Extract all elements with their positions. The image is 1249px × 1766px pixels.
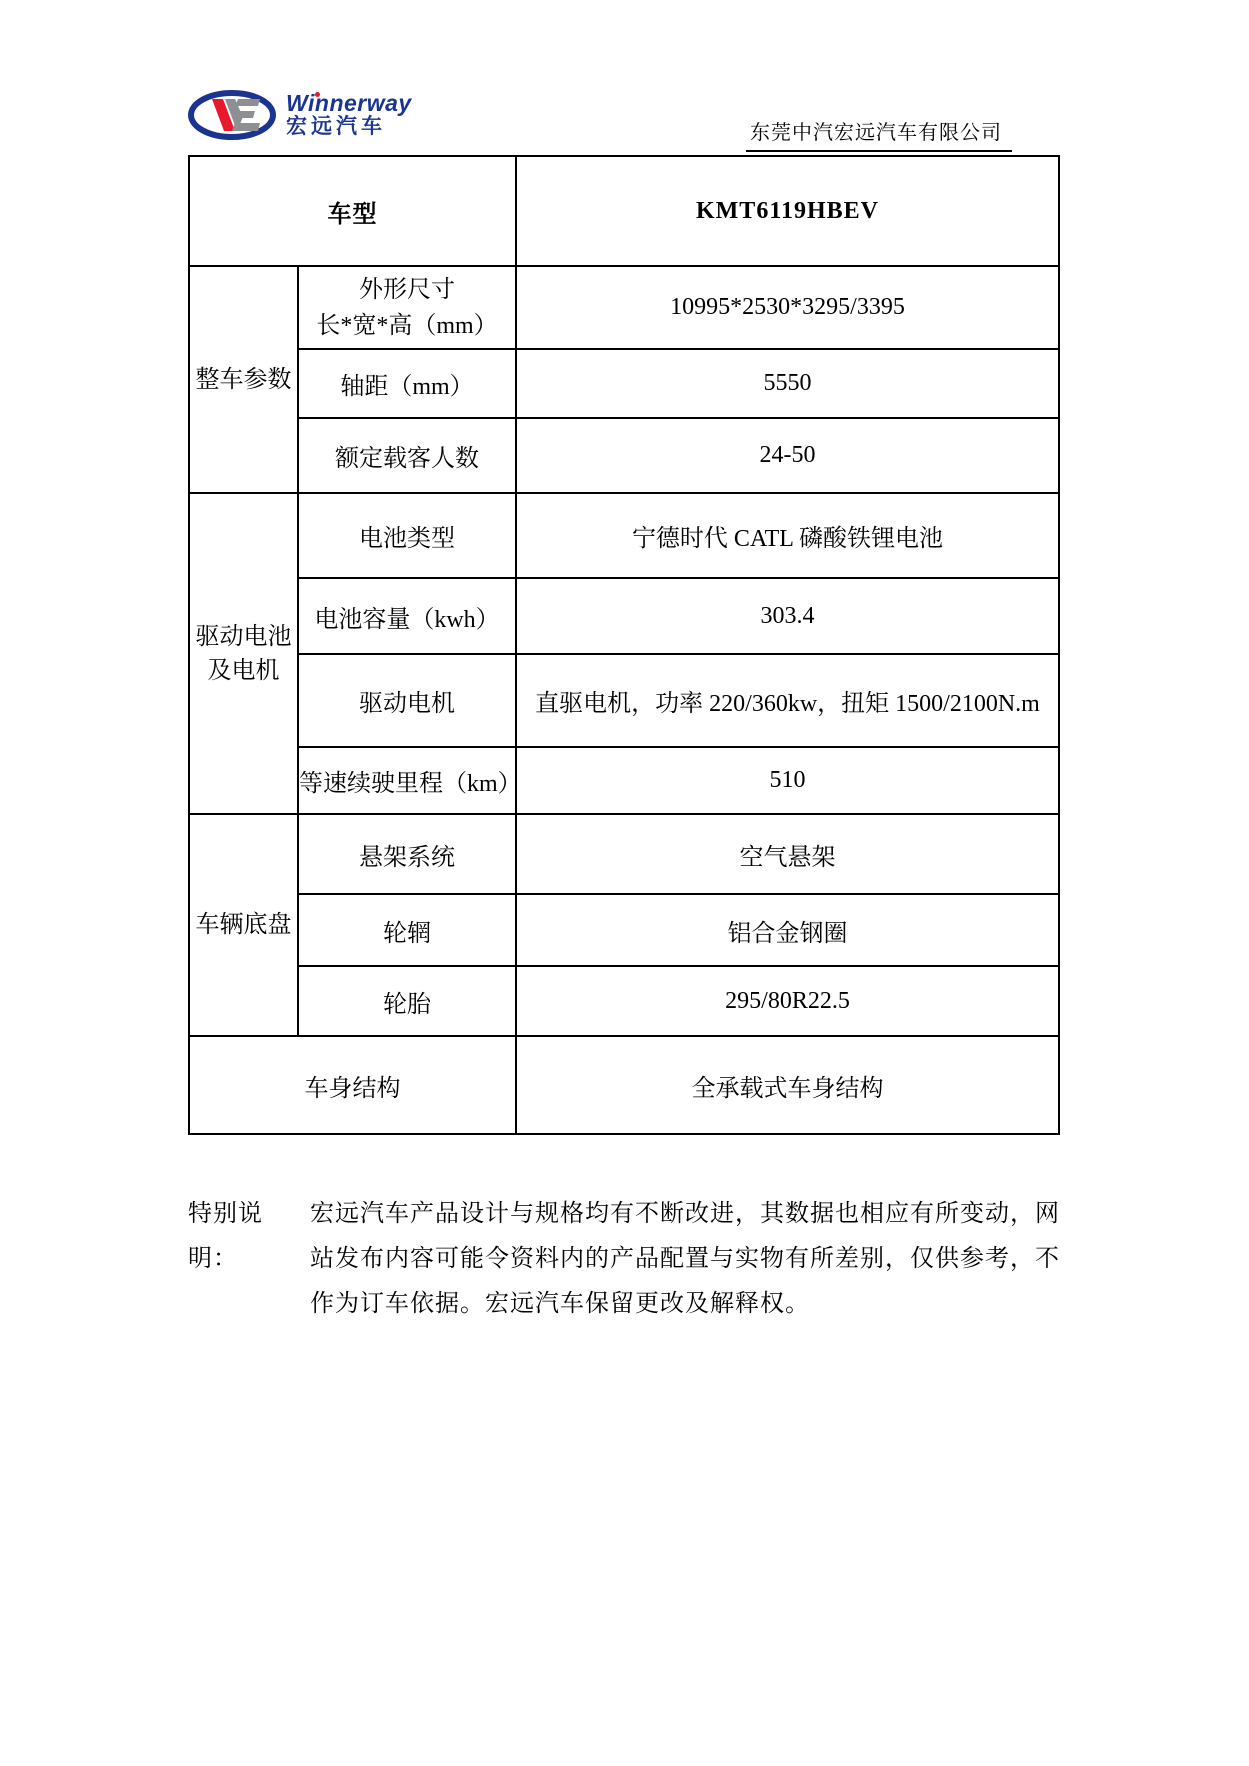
table-row: 驱动电池及电机 电池类型 宁德时代 CATL 磷酸铁锂电池 — [189, 493, 1059, 578]
disclaimer-body: 宏远汽车产品设计与规格均有不断改进，其数据也相应有所变动，网 站发布内容可能令资… — [310, 1192, 1108, 1327]
company-name: 东莞中汽宏远汽车有限公司 — [746, 116, 1012, 152]
spec-label-line1: 外形尺寸 — [299, 272, 515, 308]
page-header: Winnerway 宏远汽车 东莞中汽宏远汽车有限公司 — [188, 0, 1058, 155]
spec-label: 车身结构 — [189, 1036, 516, 1134]
table-row: 驱动电机 直驱电机，功率 220/360kw，扭矩 1500/2100N.m — [189, 654, 1059, 747]
group-label-vehicle-params: 整车参数 — [189, 266, 298, 493]
spec-value: 24-50 — [516, 418, 1059, 493]
spec-label: 等速续驶里程（km） — [298, 747, 516, 814]
spec-value: 295/80R22.5 — [516, 966, 1059, 1036]
disclaimer-line: 站发布内容可能令资料内的产品配置与实物有所差别，仅供参考，不 — [310, 1237, 1108, 1282]
table-row-body-structure: 车身结构 全承载式车身结构 — [189, 1036, 1059, 1134]
model-value: KMT6119HBEV — [516, 156, 1059, 266]
brand-logo: Winnerway 宏远汽车 — [188, 90, 412, 140]
spec-label: 额定载客人数 — [298, 418, 516, 493]
spec-label-line2: 长*宽*高（mm） — [299, 308, 515, 344]
spec-label: 轮胎 — [298, 966, 516, 1036]
spec-label: 轮辋 — [298, 894, 516, 966]
table-row: 额定载客人数 24-50 — [189, 418, 1059, 493]
table-row: 电池容量（kwh） 303.4 — [189, 578, 1059, 654]
spec-value: 全承载式车身结构 — [516, 1036, 1059, 1134]
spec-value: 宁德时代 CATL 磷酸铁锂电池 — [516, 493, 1059, 578]
spec-value: 10995*2530*3295/3395 — [516, 266, 1059, 349]
table-row: 整车参数 外形尺寸 长*宽*高（mm） 10995*2530*3295/3395 — [189, 266, 1059, 349]
spec-value: 直驱电机，功率 220/360kw，扭矩 1500/2100N.m — [516, 654, 1059, 747]
logo-i-dot-icon — [315, 92, 320, 97]
logo-brand-en: Winnerway — [286, 92, 412, 115]
spec-label: 电池类型 — [298, 493, 516, 578]
table-row: 轴距（mm） 5550 — [189, 349, 1059, 418]
logo-brand-cn: 宏远汽车 — [286, 115, 412, 139]
table-row: 等速续驶里程（km） 510 — [189, 747, 1059, 814]
spec-value: 5550 — [516, 349, 1059, 418]
table-row: 轮辋 铝合金钢圈 — [189, 894, 1059, 966]
spec-value: 空气悬架 — [516, 814, 1059, 894]
document-page: Winnerway 宏远汽车 东莞中汽宏远汽车有限公司 车型 KMT6119HB… — [0, 0, 1249, 1766]
group-label-chassis: 车辆底盘 — [189, 814, 298, 1036]
table-row-model: 车型 KMT6119HBEV — [189, 156, 1059, 266]
disclaimer-label: 特别说明： — [188, 1192, 310, 1327]
spec-label: 悬架系统 — [298, 814, 516, 894]
spec-value: 铝合金钢圈 — [516, 894, 1059, 966]
winnerway-emblem-icon — [188, 90, 276, 140]
table-row: 轮胎 295/80R22.5 — [189, 966, 1059, 1036]
table-row: 车辆底盘 悬架系统 空气悬架 — [189, 814, 1059, 894]
group-label-battery-motor: 驱动电池及电机 — [189, 493, 298, 814]
model-label: 车型 — [189, 156, 516, 266]
spec-value: 303.4 — [516, 578, 1059, 654]
spec-label: 电池容量（kwh） — [298, 578, 516, 654]
spec-value: 510 — [516, 747, 1059, 814]
spec-label: 驱动电机 — [298, 654, 516, 747]
disclaimer-line: 作为订车依据。宏远汽车保留更改及解释权。 — [310, 1282, 1108, 1327]
spec-label: 外形尺寸 长*宽*高（mm） — [298, 266, 516, 349]
disclaimer-line: 宏远汽车产品设计与规格均有不断改进，其数据也相应有所变动，网 — [310, 1192, 1108, 1237]
disclaimer: 特别说明： 宏远汽车产品设计与规格均有不断改进，其数据也相应有所变动，网 站发布… — [188, 1192, 1108, 1327]
logo-text: Winnerway 宏远汽车 — [286, 92, 412, 139]
spec-table: 车型 KMT6119HBEV 整车参数 外形尺寸 长*宽*高（mm） 10995… — [188, 155, 1060, 1135]
spec-label: 轴距（mm） — [298, 349, 516, 418]
